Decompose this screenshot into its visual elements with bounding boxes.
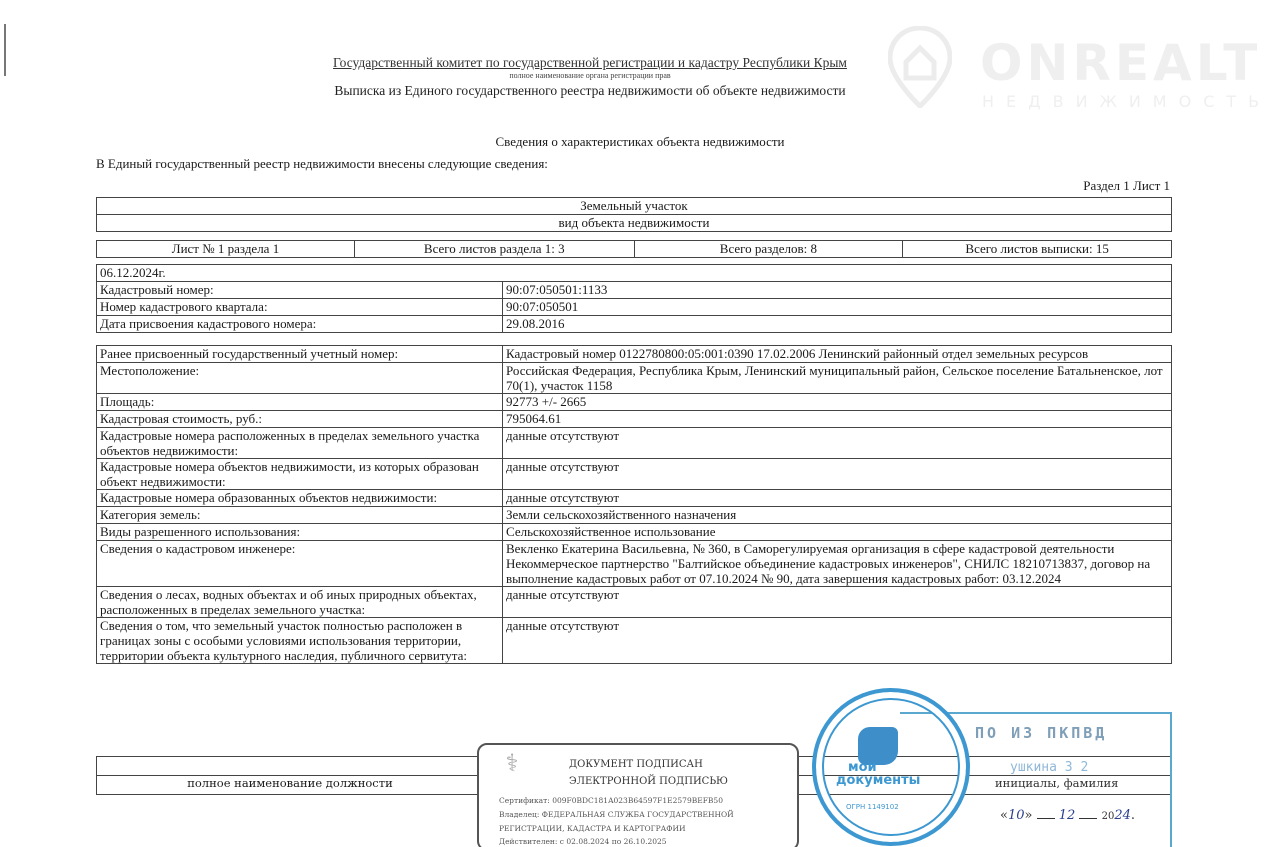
handwritten-date: «10» 12 2024. — [1000, 808, 1135, 823]
date-year-suffix: 24 — [1114, 808, 1131, 823]
sheet-number: Лист № 1 раздела 1 — [97, 241, 355, 258]
row-label: Номер кадастрового квартала: — [97, 299, 503, 316]
table-row: Сведения о лесах, водных объектах и об и… — [97, 587, 1172, 618]
esign-owner-line1: Владелец: ФЕДЕРАЛЬНАЯ СЛУЖБА ГОСУДАРСТВЕ… — [499, 810, 734, 819]
esign-certificate: Сертификат: 009F0BDC181A023B64597F1E2579… — [499, 796, 723, 805]
row-value: Земли сельскохозяйственного назначения — [503, 507, 1172, 524]
row-value: данные отсутствуют — [503, 428, 1172, 459]
row-value: 90:07:050501:1133 — [503, 282, 1172, 299]
row-label: Кадастровая стоимость, руб.: — [97, 411, 503, 428]
table-row: Номер кадастрового квартала: 90:07:05050… — [97, 299, 1172, 316]
esign-owner-line2: РЕГИСТРАЦИИ, КАДАСТРА И КАРТОГРАФИИ — [499, 824, 686, 833]
esign-line2: ЭЛЕКТРОННОЙ ПОДПИСЬЮ — [569, 776, 728, 787]
sections-total: Всего разделов: 8 — [634, 241, 903, 258]
date-year-prefix: 20 — [1102, 811, 1115, 822]
organization-caption: полное наименование органа регистрации п… — [300, 71, 880, 80]
date-day: 10 — [1008, 808, 1025, 823]
table-row: Площадь:92773 +/- 2665 — [97, 394, 1172, 411]
extract-date: 06.12.2024г. — [97, 265, 1172, 282]
rect-stamp-text: ПО ИЗ ПКПВД — [975, 724, 1107, 742]
section-intro: В Единый государственный реестр недвижим… — [96, 156, 548, 172]
object-type-table: Земельный участок вид объекта недвижимос… — [96, 197, 1172, 232]
table-row: Кадастровая стоимость, руб.:795064.61 — [97, 411, 1172, 428]
row-value: данные отсутствуют — [503, 618, 1172, 664]
date-month: 12 — [1059, 808, 1076, 823]
row-value: 90:07:050501 — [503, 299, 1172, 316]
table-row: Ранее присвоенный государственный учетны… — [97, 346, 1172, 363]
cadastral-info-table: 06.12.2024г. Кадастровый номер: 90:07:05… — [96, 264, 1172, 333]
eagle-emblem-icon: ⚕ — [495, 749, 529, 779]
table-row: Кадастровые номера расположенных в преде… — [97, 428, 1172, 459]
row-value: данные отсутствуют — [503, 459, 1172, 490]
row-value: Векленко Екатерина Васильевна, № 360, в … — [503, 541, 1172, 587]
position-caption: полное наименование должности — [97, 776, 484, 795]
object-type: Земельный участок — [97, 198, 1172, 215]
object-type-caption: вид объекта недвижимости — [97, 215, 1172, 232]
row-label: Категория земель: — [97, 507, 503, 524]
electronic-signature-block: ⚕ ДОКУМЕНТ ПОДПИСАН ЭЛЕКТРОННОЙ ПОДПИСЬЮ… — [477, 743, 799, 847]
section-part: Раздел 1 Лист 1 — [1083, 178, 1170, 194]
row-value: Кадастровый номер 0122780800:05:001:0390… — [503, 346, 1172, 363]
row-label: Сведения о том, что земельный участок по… — [97, 618, 503, 664]
stamp-logo-line2: документы — [836, 773, 920, 788]
extract-sheets-total: Всего листов выписки: 15 — [903, 241, 1172, 258]
row-label: Местоположение: — [97, 363, 503, 394]
stamp-ogrn: ОГРН 1149102 — [846, 803, 899, 811]
row-label: Ранее присвоенный государственный учетны… — [97, 346, 503, 363]
row-value: 92773 +/- 2665 — [503, 394, 1172, 411]
initials-caption: инициалы, фамилия — [995, 776, 1118, 790]
watermark: ONREALT НЕДВИЖИМОСТЬ — [880, 22, 1260, 117]
characteristics-table: Ранее присвоенный государственный учетны… — [96, 345, 1172, 664]
round-stamp — [812, 688, 970, 846]
row-value: 795064.61 — [503, 411, 1172, 428]
row-label: Виды разрешенного использования: — [97, 524, 503, 541]
row-value: 29.08.2016 — [503, 316, 1172, 333]
row-label: Кадастровые номера расположенных в преде… — [97, 428, 503, 459]
row-label: Дата присвоения кадастрового номера: — [97, 316, 503, 333]
section-title: Сведения о характеристиках объекта недви… — [300, 134, 980, 150]
row-value: данные отсутствуют — [503, 490, 1172, 507]
watermark-brand: ONREALT — [980, 34, 1261, 92]
table-row: Местоположение:Российская Федерация, Рес… — [97, 363, 1172, 394]
esign-validity: Действителен: с 02.08.2024 по 26.10.2025 — [499, 837, 667, 846]
row-label: Площадь: — [97, 394, 503, 411]
section-sheets-total: Всего листов раздела 1: 3 — [355, 241, 635, 258]
table-row: Категория земель:Земли сельскохозяйствен… — [97, 507, 1172, 524]
table-row: Виды разрешенного использования:Сельскох… — [97, 524, 1172, 541]
table-row: Сведения о том, что земельный участок по… — [97, 618, 1172, 664]
row-value: Сельскохозяйственное использование — [503, 524, 1172, 541]
row-label: Кадастровые номера объектов недвижимости… — [97, 459, 503, 490]
organization-name: Государственный комитет по государственн… — [300, 55, 880, 71]
row-value: данные отсутствуют — [503, 587, 1172, 618]
table-row: Кадастровые номера образованных объектов… — [97, 490, 1172, 507]
scan-edge-mark — [4, 24, 6, 76]
table-row: Дата присвоения кадастрового номера: 29.… — [97, 316, 1172, 333]
esign-line1: ДОКУМЕНТ ПОДПИСАН — [569, 759, 703, 770]
row-label: Кадастровый номер: — [97, 282, 503, 299]
watermark-subtitle: НЕДВИЖИМОСТЬ — [982, 92, 1271, 111]
sheet-info-table: Лист № 1 раздела 1 Всего листов раздела … — [96, 240, 1172, 258]
table-row: Кадастровые номера объектов недвижимости… — [97, 459, 1172, 490]
table-row: Кадастровый номер: 90:07:050501:1133 — [97, 282, 1172, 299]
row-label: Сведения о лесах, водных объектах и об и… — [97, 587, 503, 618]
row-value: Российская Федерация, Республика Крым, Л… — [503, 363, 1172, 394]
row-label: Кадастровые номера образованных объектов… — [97, 490, 503, 507]
document-title: Выписка из Единого государственного реес… — [300, 83, 880, 99]
rect-stamp-address: ушкина 3 2 — [1010, 760, 1088, 775]
row-label: Сведения о кадастровом инженере: — [97, 541, 503, 587]
table-row: Сведения о кадастровом инженере:Векленко… — [97, 541, 1172, 587]
house-pin-icon — [888, 26, 952, 108]
